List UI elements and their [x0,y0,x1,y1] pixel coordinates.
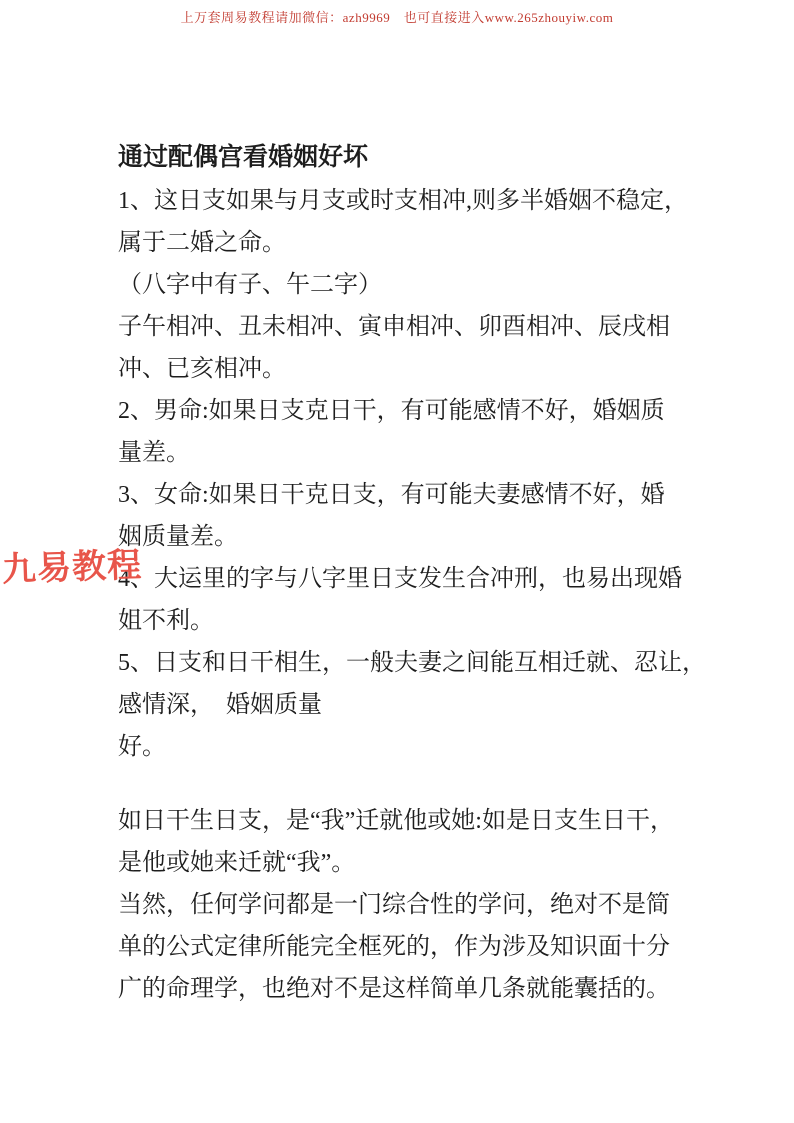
text-line: 4、大运里的字与八字里日支发生合冲刑，也易出现婚 [118,558,684,600]
text-line: 5、日支和日干相生，一般夫妻之间能互相迁就、忍让， [118,642,684,684]
text-line: 1、这日支如果与月支或时支相冲,则多半婚姻不稳定， [118,180,684,222]
paragraph-gap [118,768,684,800]
document-body: 通过配偶宫看婚姻好坏 1、这日支如果与月支或时支相冲,则多半婚姻不稳定， 属于二… [118,136,684,1010]
text-line: （八字中有子、午二字） [118,264,684,306]
text-line: 量差。 [118,432,684,474]
watermark-text: 九易教程 [1,537,143,591]
text-line: 姻质量差。 [118,516,684,558]
text-line: 冲、已亥相冲。 [118,348,684,390]
text-line: 广的命理学，也绝对不是这样简单几条就能囊括的。 [118,968,684,1010]
text-line: 2、男命:如果日支克日干，有可能感情不好，婚姻质 [118,390,684,432]
text-line: 姐不利。 [118,600,684,642]
text-line: 感情深， 婚姻质量 [118,684,684,726]
text-line: 单的公式定律所能完全框死的，作为涉及知识面十分 [118,926,684,968]
text-line: 好。 [118,726,684,768]
text-line: 是他或她来迁就“我”。 [118,842,684,884]
document-title: 通过配偶宫看婚姻好坏 [118,136,684,180]
text-line: 属于二婚之命。 [118,222,684,264]
promo-header-text: 上万套周易教程请加微信：azh9969 也可直接进入www.265zhouyiw… [0,7,794,26]
document-page: 上万套周易教程请加微信：azh9969 也可直接进入www.265zhouyiw… [0,0,794,1123]
text-line: 子午相冲、丑未相冲、寅申相冲、卯酉相冲、辰戌相 [118,306,684,348]
text-line: 当然，任何学问都是一门综合性的学问，绝对不是简 [118,884,684,926]
text-line: 如日干生日支，是“我”迁就他或她:如是日支生日干， [118,800,684,842]
text-line: 3、女命:如果日干克日支，有可能夫妻感情不好，婚 [118,474,684,516]
